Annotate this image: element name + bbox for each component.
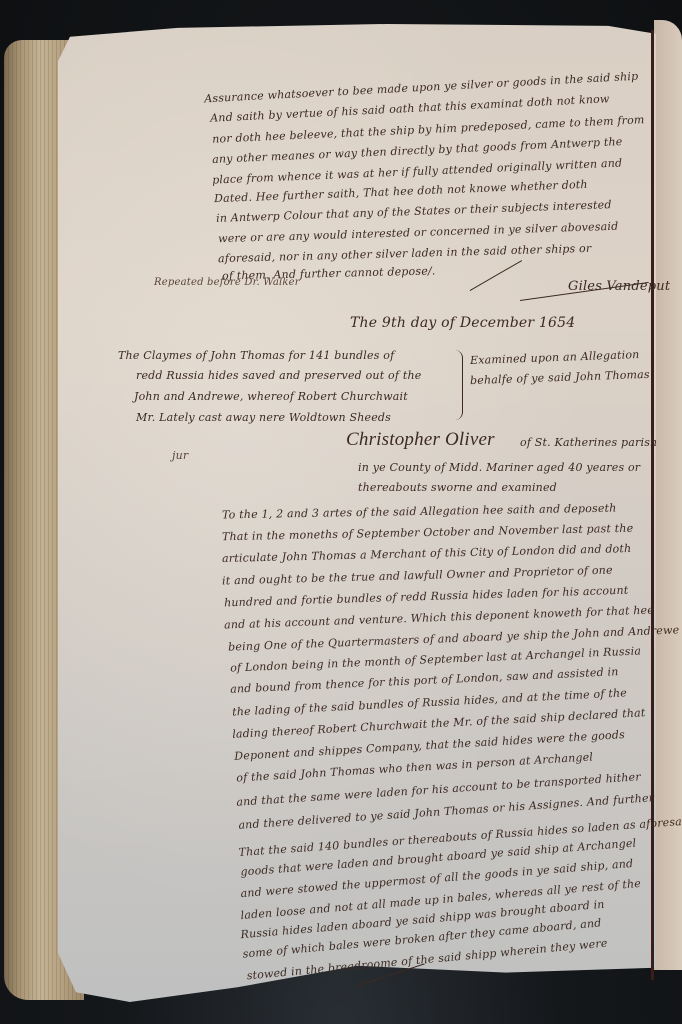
book-gutter [651,30,654,980]
margin-note: Repeated before Dr. Walker [154,278,300,288]
witness-desc-line: in ye County of Midd. Mariner aged 40 ye… [358,462,640,473]
witness-name: Christopher Oliver [346,430,495,449]
caption-line: The Claymes of John Thomas for 141 bundl… [118,350,394,361]
date-heading: The 9th day of December 1654 [350,316,575,330]
witness-desc-line: of St. Katherines parish [520,437,657,448]
caption-brace [452,350,463,420]
caption-line: John and Andrewe, whereof Robert Churchw… [134,391,408,402]
witness-desc-line: thereabouts sworne and examined [358,482,557,493]
caption-line: redd Russia hides saved and preserved ou… [136,370,421,381]
caption-line: Mr. Lately cast away nere Woldtown Sheed… [136,412,391,423]
margin-mark: jur [172,450,188,461]
